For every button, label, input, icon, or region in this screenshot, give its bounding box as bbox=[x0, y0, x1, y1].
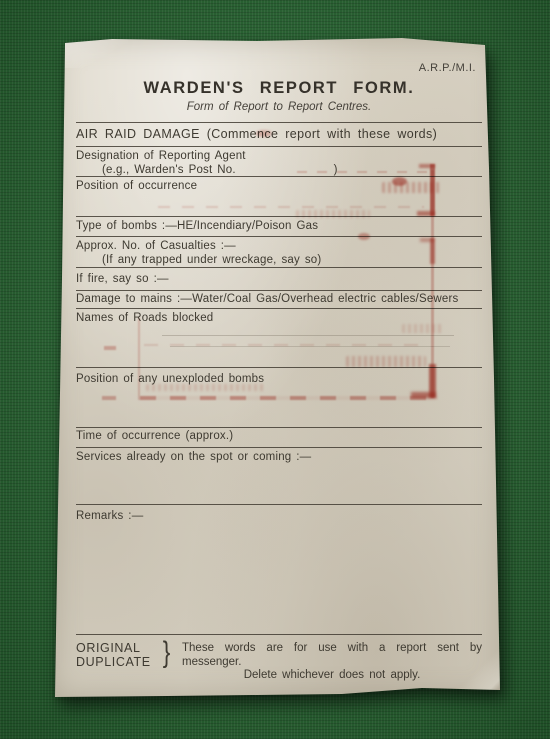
brace-glyph: } bbox=[163, 639, 180, 666]
field-label: Approx. No. of Casualties :— bbox=[76, 237, 482, 253]
copy-type-labels: ORIGINAL DUPLICATE bbox=[76, 642, 160, 669]
field-label: Names of Roads blocked bbox=[76, 309, 482, 325]
field-sublabel: (e.g., Warden's Post No. ) bbox=[76, 163, 482, 177]
field-sublabel: (If any trapped under wreckage, say so) bbox=[76, 253, 482, 267]
field-air-raid-damage: AIR RAID DAMAGE (Commence report with th… bbox=[76, 123, 482, 147]
form-title: WARDEN'S REPORT FORM. bbox=[76, 79, 482, 98]
footer-instruction-line1: These words are for use with a report se… bbox=[182, 642, 482, 669]
field-damage-to-mains: Damage to mains :—Water/Coal Gas/Overhea… bbox=[76, 291, 482, 309]
field-label: Services already on the spot or coming :… bbox=[76, 448, 482, 464]
footer-note: ORIGINAL DUPLICATE } These words are for… bbox=[76, 635, 482, 683]
field-time-of-occurrence: Time of occurrence (approx.) bbox=[76, 428, 482, 448]
paper-fold-corner bbox=[456, 648, 502, 698]
field-label: Damage to mains :—Water/Coal Gas/Overhea… bbox=[76, 291, 482, 306]
field-if-fire: If fire, say so :— bbox=[76, 268, 482, 291]
field-remarks: Remarks :— bbox=[76, 505, 482, 635]
field-label: Position of occurrence bbox=[76, 177, 482, 193]
field-label: Time of occurrence (approx.) bbox=[76, 428, 482, 443]
paper-corner-highlight bbox=[58, 38, 128, 68]
form-subtitle: Form of Report to Report Centres. bbox=[76, 101, 482, 123]
paper-shadow: A.R.P./M.I. WARDEN'S REPORT FORM. Form o… bbox=[52, 38, 502, 698]
wardens-report-form-paper: A.R.P./M.I. WARDEN'S REPORT FORM. Form o… bbox=[52, 38, 502, 698]
field-label: Remarks :— bbox=[76, 505, 482, 523]
form-fields: AIR RAID DAMAGE (Commence report with th… bbox=[76, 123, 482, 635]
form-content: A.R.P./M.I. WARDEN'S REPORT FORM. Form o… bbox=[52, 38, 502, 683]
original-label: ORIGINAL bbox=[76, 642, 160, 656]
field-label: If fire, say so :— bbox=[76, 268, 482, 286]
field-position-of-occurrence: Position of occurrence bbox=[76, 177, 482, 217]
field-label: Position of any unexploded bombs bbox=[76, 368, 482, 386]
form-reference: A.R.P./M.I. bbox=[76, 38, 482, 74]
footer-instruction-line2: Delete whichever does not apply. bbox=[182, 669, 482, 683]
field-label: Designation of Reporting Agent bbox=[76, 147, 482, 163]
green-felt-background: A.R.P./M.I. WARDEN'S REPORT FORM. Form o… bbox=[0, 0, 550, 739]
field-label: Type of bombs :—HE/Incendiary/Poison Gas bbox=[76, 217, 482, 233]
footer-instruction: These words are for use with a report se… bbox=[182, 642, 482, 683]
field-approx-casualties: Approx. No. of Casualties :— (If any tra… bbox=[76, 237, 482, 268]
field-type-of-bombs: Type of bombs :—HE/Incendiary/Poison Gas bbox=[76, 217, 482, 237]
field-services-on-spot: Services already on the spot or coming :… bbox=[76, 448, 482, 505]
field-designation-of-reporting-agent: Designation of Reporting Agent (e.g., Wa… bbox=[76, 147, 482, 177]
field-roads-blocked: Names of Roads blocked bbox=[76, 309, 482, 368]
field-unexploded-bombs: Position of any unexploded bombs bbox=[76, 368, 482, 428]
field-label: AIR RAID DAMAGE (Commence report with th… bbox=[76, 123, 482, 141]
duplicate-label: DUPLICATE bbox=[76, 656, 160, 670]
